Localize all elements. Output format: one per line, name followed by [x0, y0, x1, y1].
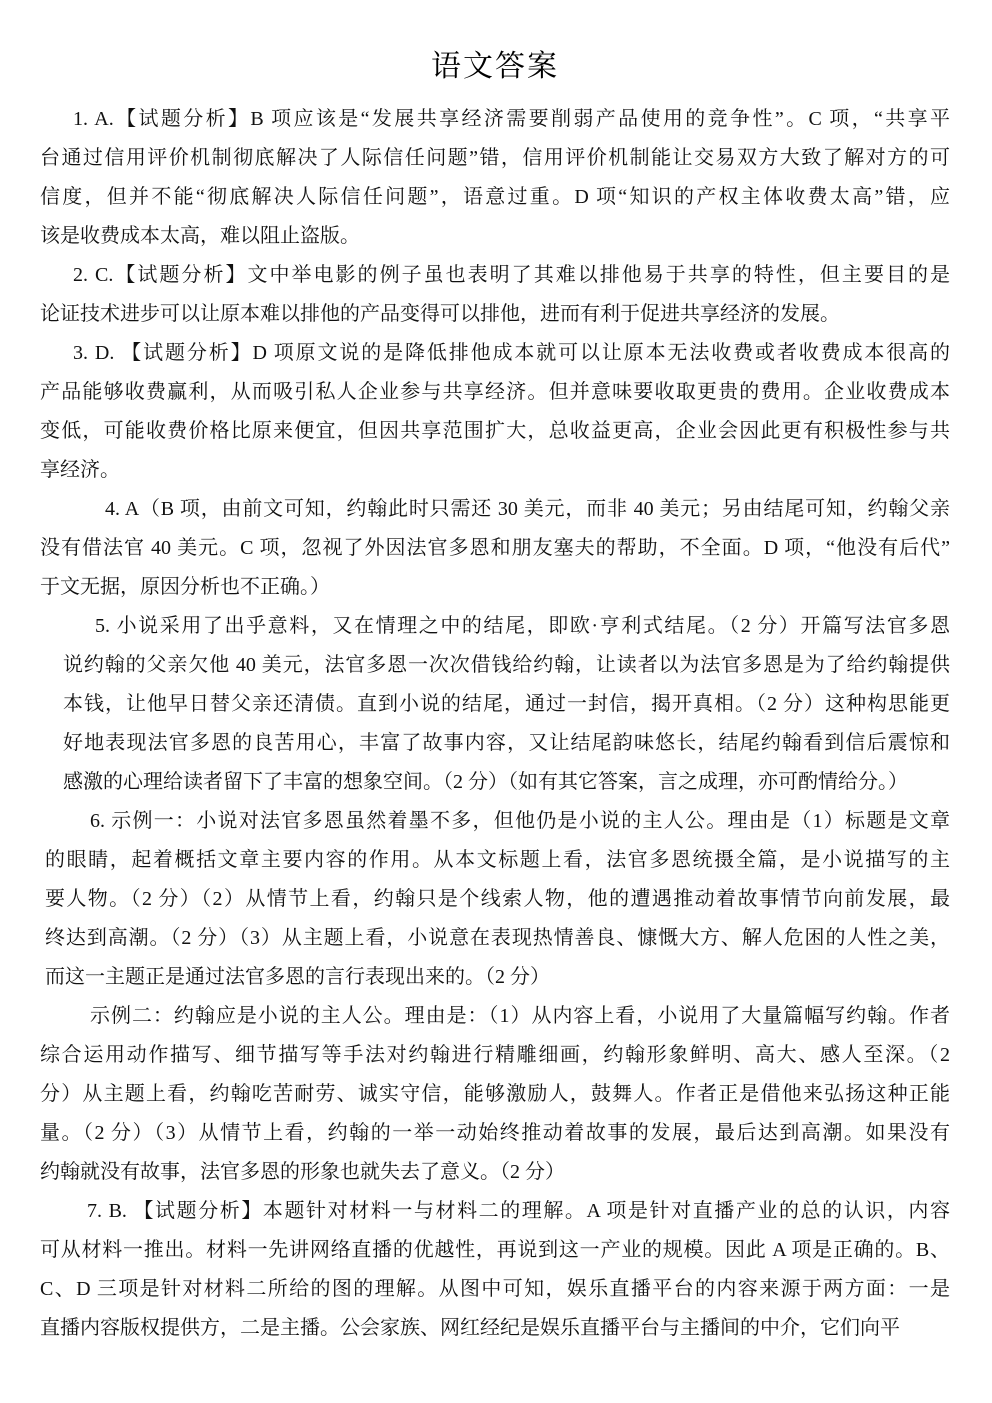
text-line: 分）从主题上看，约翰吃苦耐劳、诚实守信，能够激励人，鼓舞人。作者正是借他来弘扬这… — [40, 1075, 950, 1114]
paragraph-answer-6-example-1: 6. 示例一：小说对法官多恩虽然着墨不多，但他仍是小说的主人公。理由是（1）标题… — [45, 802, 950, 997]
text-line: 该是收费成本太高，难以阻止盗版。 — [40, 217, 950, 256]
text-line: 变低，可能收费价格比原来便宜，但因共享范围扩大，总收益更高，企业会因此更有积极性… — [40, 412, 950, 451]
text-line: 的眼睛，起着概括文章主要内容的作用。从本文标题上看，法官多恩统摄全篇，是小说描写… — [45, 841, 950, 880]
paragraph-answer-4: 4. A（B 项，由前文可知，约翰此时只需还 30 美元，而非 40 美元；另由… — [40, 490, 950, 607]
text-line: 7. B. 【试题分析】本题针对材料一与材料二的理解。A 项是针对直播产业的总的… — [40, 1192, 950, 1231]
text-line: 本钱，让他早日替父亲还清债。直到小说的结尾，通过一封信，揭开真相。（2 分）这种… — [63, 685, 950, 724]
text-line: C、D 三项是针对材料二所给的图的理解。从图中可知，娱乐直播平台的内容来源于两方… — [40, 1270, 950, 1309]
text-line: 示例二：约翰应是小说的主人公。理由是：（1）从内容上看，小说用了大量篇幅写约翰。… — [40, 997, 950, 1036]
text-line: 终达到高潮。（2 分）（3）从主题上看，小说意在表现热情善良、慷慨大方、解人危困… — [45, 919, 950, 958]
text-line: 享经济。 — [40, 451, 950, 490]
paragraph-answer-6-example-2: 示例二：约翰应是小说的主人公。理由是：（1）从内容上看，小说用了大量篇幅写约翰。… — [40, 997, 950, 1192]
text-line: 感激的心理给读者留下了丰富的想象空间。（2 分）（如有其它答案，言之成理，亦可酌… — [63, 763, 950, 802]
text-line: 5. 小说采用了出乎意料，又在情理之中的结尾，即欧·亨利式结尾。（2 分）开篇写… — [63, 607, 950, 646]
text-line: 台通过信用评价机制彻底解决了人际信任问题”错，信用评价机制能让交易双方大致了解对… — [40, 139, 950, 178]
text-line: 综合运用动作描写、细节描写等手法对约翰进行精雕细画，约翰形象鲜明、高大、感人至深… — [40, 1036, 950, 1075]
text-line: 好地表现法官多恩的良苦用心，丰富了故事内容，又让结尾韵味悠长，结尾约翰看到信后震… — [63, 724, 950, 763]
text-line: 信度，但并不能“彻底解决人际信任问题”，语意过重。D 项“知识的产权主体收费太高… — [40, 178, 950, 217]
text-line: 约翰就没有故事，法官多恩的形象也就失去了意义。（2 分） — [40, 1153, 950, 1192]
paragraph-answer-7: 7. B. 【试题分析】本题针对材料一与材料二的理解。A 项是针对直播产业的总的… — [40, 1192, 950, 1348]
paragraph-answer-3: 3. D. 【试题分析】D 项原文说的是降低排他成本就可以让原本无法收费或者收费… — [40, 334, 950, 490]
paragraph-answer-1: 1. A.【试题分析】B 项应该是“发展共享经济需要削弱产品使用的竞争性”。C … — [40, 100, 950, 256]
text-line: 4. A（B 项，由前文可知，约翰此时只需还 30 美元，而非 40 美元；另由… — [40, 490, 950, 529]
text-line: 于文无据，原因分析也不正确。） — [40, 568, 950, 607]
text-line: 而这一主题正是通过法官多恩的言行表现出来的。（2 分） — [45, 958, 950, 997]
text-line: 2. C.【试题分析】文中举电影的例子虽也表明了其难以排他易于共享的特性，但主要… — [40, 256, 950, 295]
text-line: 说约翰的父亲欠他 40 美元，法官多恩一次次借钱给约翰，让读者以为法官多恩是为了… — [63, 646, 950, 685]
document-page: 语文答案 1. A.【试题分析】B 项应该是“发展共享经济需要削弱产品使用的竞争… — [0, 0, 992, 1403]
text-line: 可从材料一推出。材料一先讲网络直播的优越性，再说到这一产业的规模。因此 A 项是… — [40, 1231, 950, 1270]
paragraph-answer-2: 2. C.【试题分析】文中举电影的例子虽也表明了其难以排他易于共享的特性，但主要… — [40, 256, 950, 334]
text-line: 没有借法官 40 美元。C 项，忽视了外因法官多恩和朋友塞夫的帮助，不全面。D … — [40, 529, 950, 568]
text-line: 要人物。（2 分）（2）从情节上看，约翰只是个线索人物，他的遭遇推动着故事情节向… — [45, 880, 950, 919]
paragraph-answer-5: 5. 小说采用了出乎意料，又在情理之中的结尾，即欧·亨利式结尾。（2 分）开篇写… — [63, 607, 950, 802]
text-line: 产品能够收费赢利，从而吸引私人企业参与共享经济。但并意味要收取更贵的费用。企业收… — [40, 373, 950, 412]
page-title: 语文答案 — [40, 49, 950, 84]
text-line: 6. 示例一：小说对法官多恩虽然着墨不多，但他仍是小说的主人公。理由是（1）标题… — [45, 802, 950, 841]
text-line: 3. D. 【试题分析】D 项原文说的是降低排他成本就可以让原本无法收费或者收费… — [40, 334, 950, 373]
text-line: 直播内容版权提供方，二是主播。公会家族、网红经纪是娱乐直播平台与主播间的中介，它… — [40, 1309, 950, 1348]
text-line: 量。（2 分）（3）从情节上看，约翰的一举一动始终推动着故事的发展，最后达到高潮… — [40, 1114, 950, 1153]
text-line: 1. A.【试题分析】B 项应该是“发展共享经济需要削弱产品使用的竞争性”。C … — [40, 100, 950, 139]
text-line: 论证技术进步可以让原本难以排他的产品变得可以排他，进而有利于促进共享经济的发展。 — [40, 295, 950, 334]
